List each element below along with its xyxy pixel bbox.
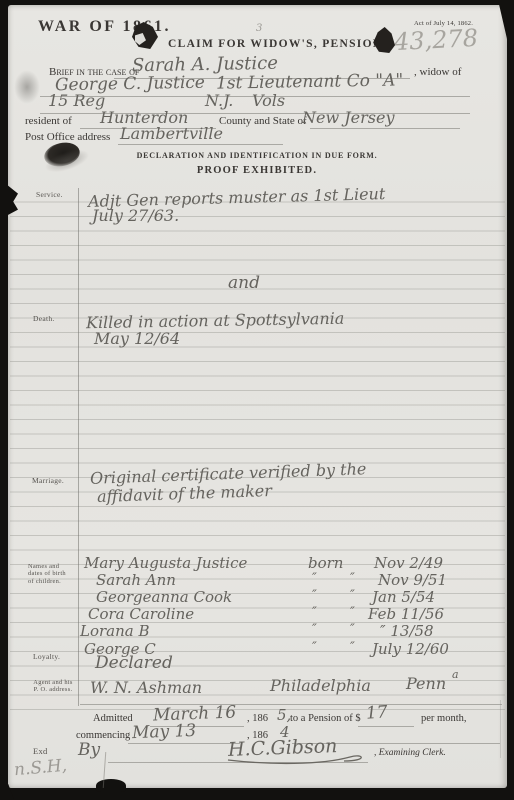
service-connector: and bbox=[228, 273, 260, 293]
agent-label: Agent and his P. O. address. bbox=[30, 679, 76, 694]
children-label-line1: Names and bbox=[28, 563, 76, 570]
fill-line bbox=[310, 127, 460, 129]
agent-state: Penn bbox=[406, 674, 446, 693]
ditto-mark: ″ bbox=[312, 571, 317, 586]
county-state-label: County and State of bbox=[219, 115, 307, 127]
ditto-mark: ″ bbox=[350, 571, 355, 586]
po-address-value: Lambertville bbox=[120, 124, 223, 143]
agent-label-line2: P. O. address. bbox=[30, 686, 76, 693]
child-name: Mary Augusta Justice bbox=[84, 554, 247, 572]
marriage-label: Marriage. bbox=[32, 476, 64, 485]
ditto-mark: ″ bbox=[312, 622, 317, 637]
agent-name: W. N. Ashman bbox=[90, 678, 202, 697]
pension-label: to a Pension of $ bbox=[290, 713, 361, 724]
loyalty-label: Loyalty. bbox=[33, 652, 60, 661]
ditto-mark: ″ bbox=[312, 640, 317, 655]
pencil-smudge bbox=[14, 70, 40, 104]
child-birthdate: Nov 2/49 bbox=[374, 554, 443, 572]
claim-title: CLAIM FOR WIDOW'S, PENSION. bbox=[168, 38, 387, 50]
soldier-rank: 1st Lieutenant Co "A" bbox=[216, 70, 404, 93]
children-label-line2: dates of birth bbox=[28, 570, 76, 577]
ink-blot-hole bbox=[135, 33, 146, 45]
agent-label-line1: Agent and his bbox=[30, 679, 76, 686]
fill-line bbox=[118, 143, 283, 145]
right-margin-rule bbox=[500, 700, 501, 758]
po-label: Post Office address bbox=[25, 131, 110, 143]
loyalty-value: Declared bbox=[95, 653, 173, 673]
admitted-year-prefix: , 186 bbox=[247, 713, 268, 724]
child-name: Cora Caroline bbox=[88, 605, 194, 623]
by-word: By bbox=[78, 740, 100, 760]
proof-heading: PROOF EXHIBITED. bbox=[0, 165, 514, 176]
children-label-line3: of children. bbox=[28, 578, 76, 585]
declaration-heading: DECLARATION AND IDENTIFICATION IN DUE FO… bbox=[0, 151, 514, 160]
fill-line bbox=[358, 725, 414, 727]
children-label: Names and dates of birth of children. bbox=[28, 563, 76, 585]
pension-amount: 17 bbox=[365, 702, 388, 723]
child-name: Georgeanna Cook bbox=[96, 588, 232, 606]
death-line2: May 12/64 bbox=[94, 329, 180, 348]
ditto-mark: ″ bbox=[350, 605, 355, 620]
claim-number: 43,278 bbox=[393, 24, 478, 56]
ditto-mark: ″ bbox=[312, 605, 317, 620]
child-born-word: born bbox=[308, 554, 343, 572]
agent-underline bbox=[80, 703, 502, 705]
ditto-mark: ″ bbox=[350, 640, 355, 655]
service-label: Service. bbox=[36, 190, 63, 199]
service-line2: July 27/63. bbox=[92, 206, 179, 225]
label-column-rule bbox=[78, 188, 79, 706]
child-birthdate: ″ 13/58 bbox=[380, 622, 434, 640]
ditto-mark: ″ bbox=[350, 588, 355, 603]
document-page: WAR OF 1861. Act of July 14, 1862. CLAIM… bbox=[0, 0, 514, 800]
agent-state-superscript: a bbox=[452, 668, 459, 681]
commencing-date: May 13 bbox=[132, 721, 197, 743]
ditto-mark: ″ bbox=[350, 622, 355, 637]
widow-of-label: , widow of bbox=[414, 66, 461, 78]
death-label: Death. bbox=[33, 314, 55, 323]
child-birthdate: Jan 5/54 bbox=[372, 588, 435, 606]
child-name: Sarah Ann bbox=[96, 571, 176, 589]
child-name: Lorana B bbox=[80, 622, 150, 640]
agent-city: Philadelphia bbox=[270, 676, 371, 695]
pencil-mark: 3 bbox=[256, 23, 262, 34]
regiment-state: N.J. bbox=[205, 91, 233, 110]
child-birthdate: Nov 9/51 bbox=[378, 571, 447, 589]
examining-clerk-label: , Examining Clerk. bbox=[374, 748, 446, 758]
resident-label: resident of bbox=[25, 115, 72, 127]
signature-flourish-icon bbox=[226, 748, 372, 766]
state-value: New Jersey bbox=[302, 108, 395, 127]
regiment-vols: Vols bbox=[252, 91, 285, 110]
child-birthdate: July 12/60 bbox=[372, 640, 449, 658]
ditto-mark: ″ bbox=[312, 588, 317, 603]
bottom-ink-blob bbox=[96, 779, 126, 792]
regiment: 15 Reg bbox=[48, 91, 105, 110]
per-month-label: per month, bbox=[421, 713, 467, 724]
admitted-label: Admitted bbox=[93, 713, 133, 724]
child-birthdate: Feb 11/56 bbox=[368, 605, 444, 623]
exd-label: Exd bbox=[33, 746, 48, 756]
